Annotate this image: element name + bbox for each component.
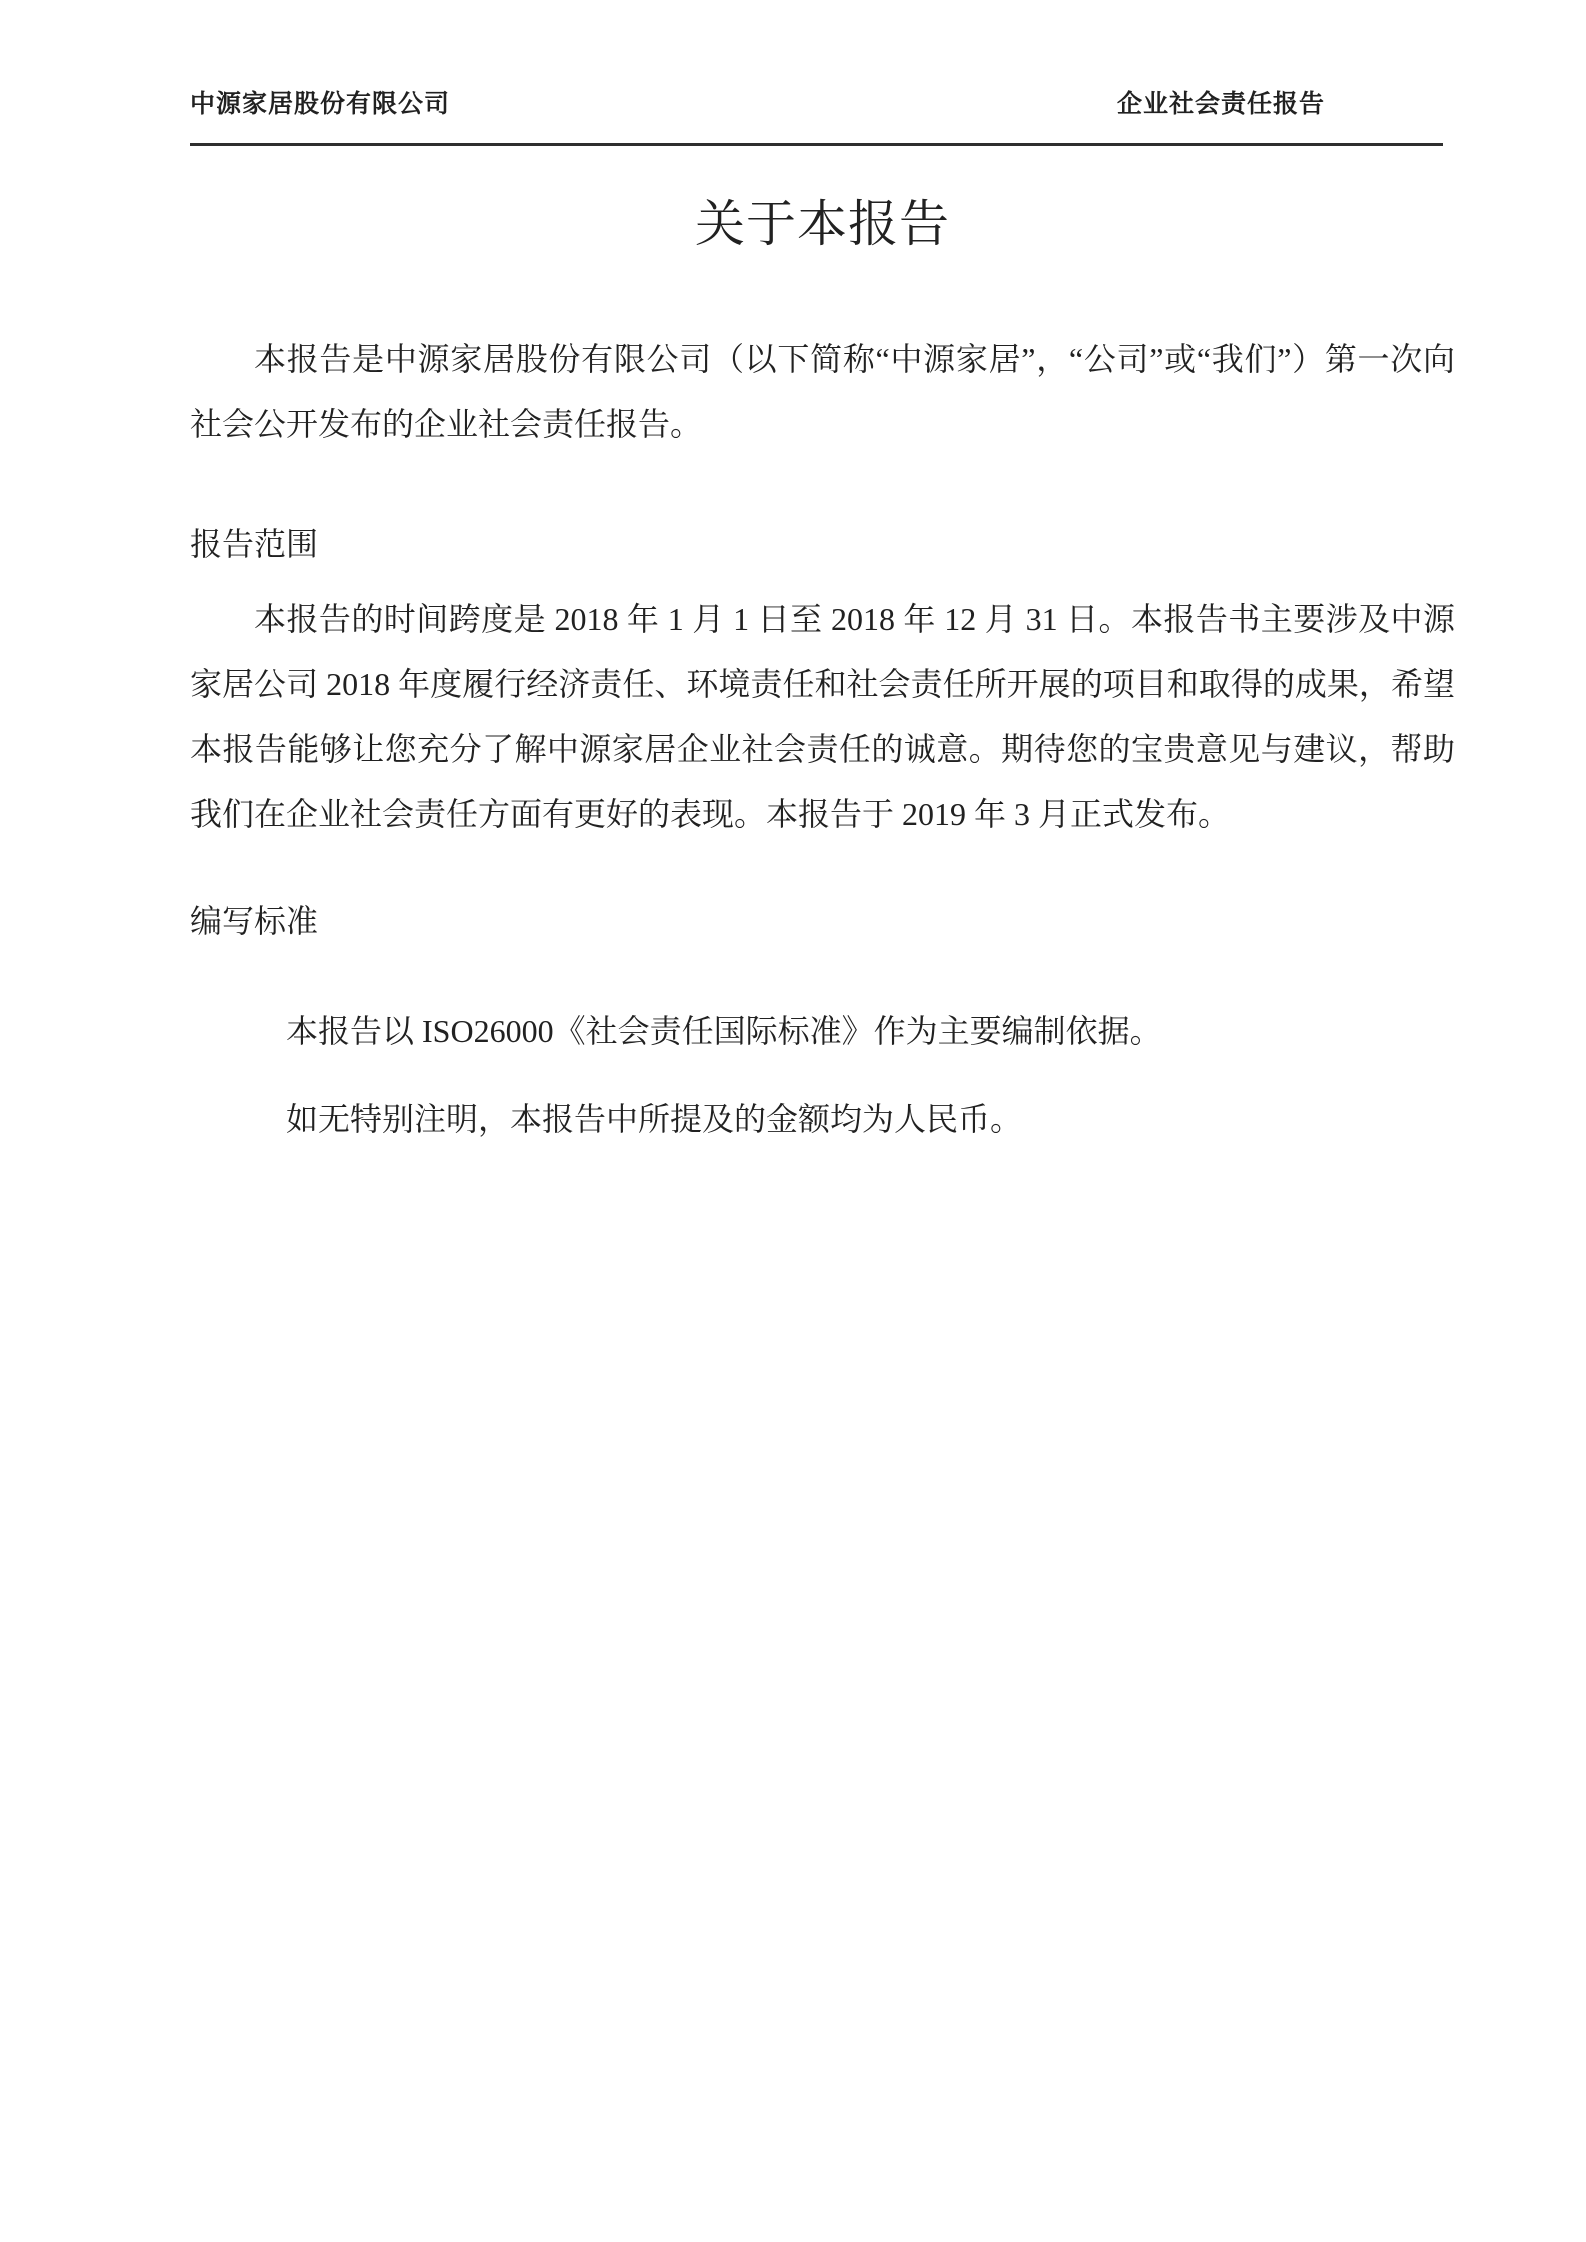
header-company-name: 中源家居股份有限公司 [190,84,450,120]
header-report-title: 企业社会责任报告 [1117,84,1443,120]
report-scope-paragraph: 本报告的时间跨度是 2018 年 1 月 1 日至 2018 年 12 月 31… [190,587,1455,847]
standards-paragraph-basis: 本报告以 ISO26000《社会责任国际标准》作为主要编制依据。 [190,999,1455,1064]
document-page: 中源家居股份有限公司 企业社会责任报告 关于本报告 本报告是中源家居股份有限公司… [0,0,1586,2242]
header-rule [190,143,1443,146]
page-title: 关于本报告 [190,184,1455,256]
standards-paragraph-currency: 如无特别注明，本报告中所提及的金额均为人民币。 [190,1087,1455,1152]
section-heading-compilation-standards: 编写标准 [190,901,318,941]
intro-paragraph: 本报告是中源家居股份有限公司（以下简称“中源家居”，“公司”或“我们”）第一次向… [190,327,1455,457]
page-header: 中源家居股份有限公司 企业社会责任报告 [190,84,1443,120]
section-heading-report-scope: 报告范围 [190,524,318,564]
